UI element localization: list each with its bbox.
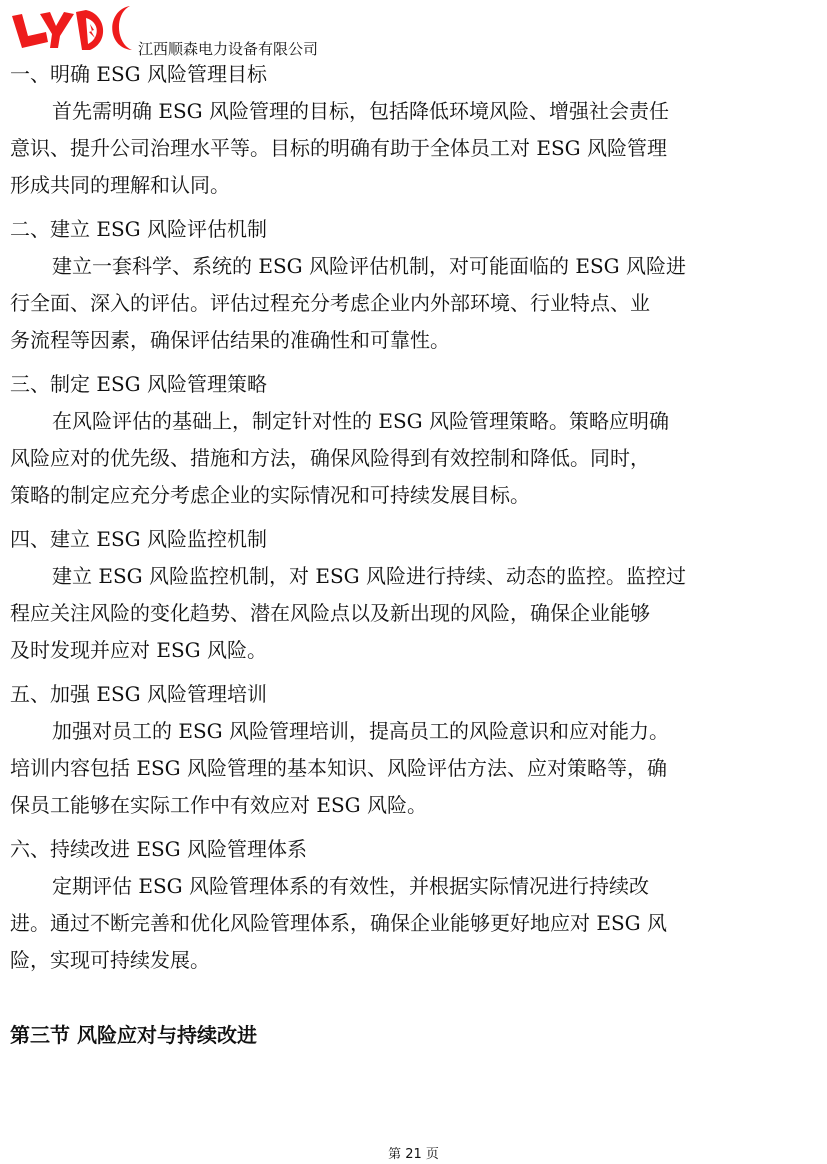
chapter-section-title: 第三节 风险应对与持续改进 xyxy=(10,1017,257,1054)
paragraph-line: 定期评估 ESG 风险管理体系的有效性，并根据实际情况进行持续改 xyxy=(10,868,822,905)
section-heading: 四、建立 ESG 风险监控机制 xyxy=(10,521,822,558)
document-body: 一、明确 ESG 风险管理目标 首先需明确 ESG 风险管理的目标，包括降低环境… xyxy=(10,56,822,979)
paragraph-line: 进。通过不断完善和优化风险管理体系，确保企业能够更好地应对 ESG 风 xyxy=(10,905,822,942)
paragraph-line: 形成共同的理解和认同。 xyxy=(10,167,822,204)
paragraph-line: 及时发现并应对 ESG 风险。 xyxy=(10,632,822,669)
paragraph-line: 行全面、深入的评估。评估过程充分考虑企业内外部环境、行业特点、业 xyxy=(10,285,822,322)
section-heading: 一、明确 ESG 风险管理目标 xyxy=(10,56,822,93)
section-heading: 二、建立 ESG 风险评估机制 xyxy=(10,211,822,248)
paragraph-line: 策略的制定应充分考虑企业的实际情况和可持续发展目标。 xyxy=(10,477,822,514)
company-logo-icon xyxy=(6,4,138,52)
page-header: 江西顺森电力设备有限公司 xyxy=(6,4,426,56)
paragraph-line: 意识、提升公司治理水平等。目标的明确有助于全体员工对 ESG 风险管理 xyxy=(10,130,822,167)
paragraph-line: 建立 ESG 风险监控机制，对 ESG 风险进行持续、动态的监控。监控过 xyxy=(10,558,822,595)
paragraph-line: 首先需明确 ESG 风险管理的目标，包括降低环境风险、增强社会责任 xyxy=(10,93,822,130)
paragraph-line: 在风险评估的基础上，制定针对性的 ESG 风险管理策略。策略应明确 xyxy=(10,403,822,440)
page-number: 第 21 页 xyxy=(0,1143,827,1162)
section-heading: 六、持续改进 ESG 风险管理体系 xyxy=(10,831,822,868)
paragraph-line: 加强对员工的 ESG 风险管理培训，提高员工的风险意识和应对能力。 xyxy=(10,713,822,750)
section-heading: 三、制定 ESG 风险管理策略 xyxy=(10,366,822,403)
paragraph-line: 风险应对的优先级、措施和方法，确保风险得到有效控制和降低。同时， xyxy=(10,440,822,477)
paragraph-line: 建立一套科学、系统的 ESG 风险评估机制，对可能面临的 ESG 风险进 xyxy=(10,248,822,285)
paragraph-line: 务流程等因素，确保评估结果的准确性和可靠性。 xyxy=(10,322,822,359)
paragraph-line: 培训内容包括 ESG 风险管理的基本知识、风险评估方法、应对策略等，确 xyxy=(10,750,822,787)
paragraph-line: 程应关注风险的变化趋势、潜在风险点以及新出现的风险，确保企业能够 xyxy=(10,595,822,632)
paragraph-line: 保员工能够在实际工作中有效应对 ESG 风险。 xyxy=(10,787,822,824)
section-heading: 五、加强 ESG 风险管理培训 xyxy=(10,676,822,713)
paragraph-line: 险，实现可持续发展。 xyxy=(10,942,822,979)
